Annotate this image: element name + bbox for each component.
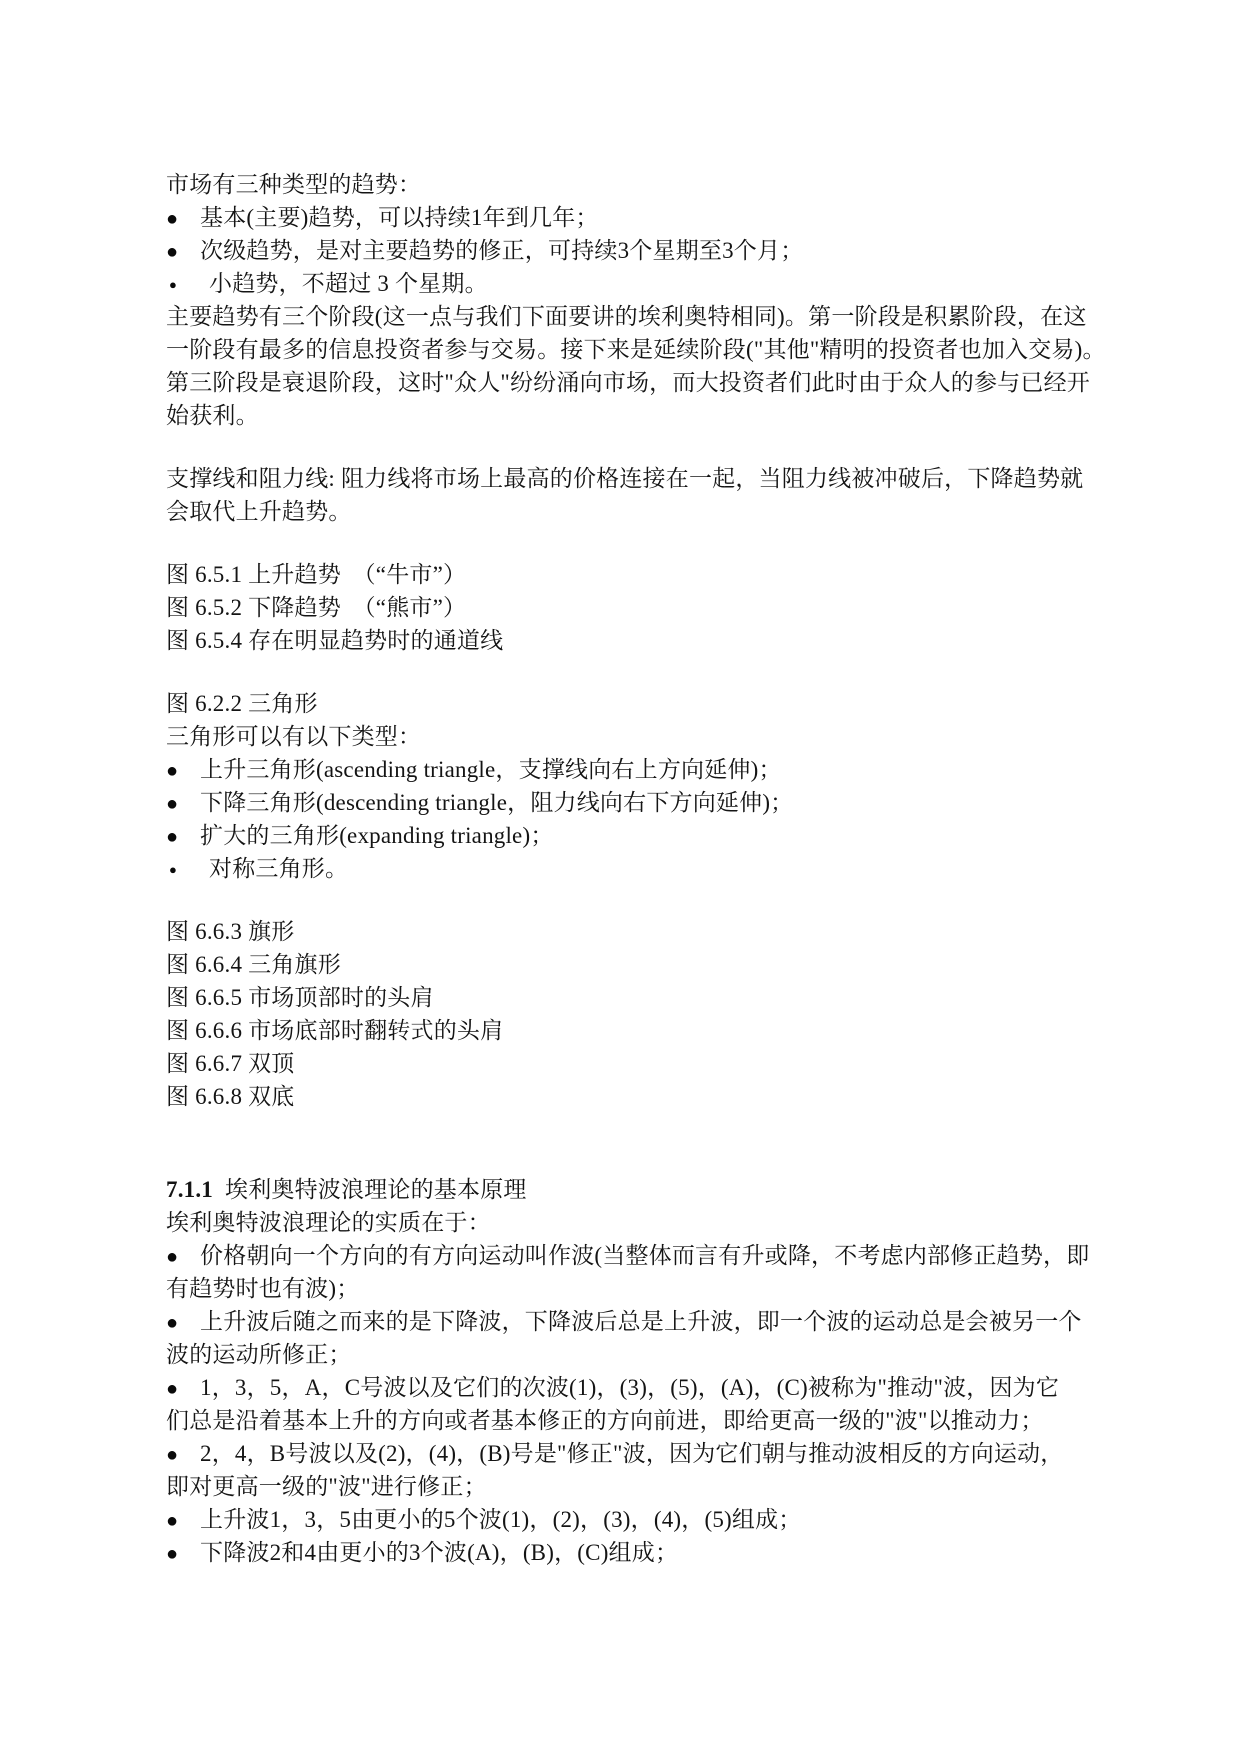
bullet-line: ●价格朝向一个方向的有方向运动叫作波(当整体而言有升或降，不考虑内部修正趋势，即 bbox=[166, 1239, 1086, 1272]
document-page: 市场有三种类型的趋势：●基本(主要)趋势，可以持续1年到几年；●次级趋势，是对主… bbox=[166, 168, 1086, 1569]
line-text: 上升波后随之而来的是下降波，下降波后总是上升波，即一个波的运动总是会被另一个 bbox=[200, 1309, 1082, 1334]
line-text: 始获利。 bbox=[166, 403, 259, 428]
bullet-icon: ● bbox=[166, 203, 200, 236]
line-text: 扩大的三角形(expanding triangle)； bbox=[200, 823, 554, 848]
line-text: 会取代上升趋势。 bbox=[166, 499, 352, 524]
line-text: 图 6.2.2 三角形 bbox=[166, 691, 318, 716]
blank-line bbox=[166, 885, 1086, 915]
text-line: 一阶段有最多的信息投资者参与交易。接下来是延续阶段("其他"精明的投资者也加入交… bbox=[166, 333, 1086, 366]
bullet-icon: ● bbox=[166, 268, 209, 301]
bullet-line: ●下降三角形(descending triangle，阻力线向右下方向延伸)； bbox=[166, 786, 1086, 819]
bullet-icon: ● bbox=[166, 853, 209, 886]
bullet-icon: ● bbox=[166, 1241, 200, 1274]
line-text: 图 6.5.2 下降趋势 （“熊市”） bbox=[166, 595, 466, 620]
bullet-line: ●基本(主要)趋势，可以持续1年到几年； bbox=[166, 201, 1086, 234]
line-text: 图 6.6.4 三角旗形 bbox=[166, 952, 341, 977]
bullet-line: ●2，4，B号波以及(2)，(4)，(B)号是"修正"波，因为它们朝与推动波相反… bbox=[166, 1437, 1086, 1470]
text-line: 三角形可以有以下类型： bbox=[166, 720, 1086, 753]
line-text: 图 6.5.4 存在明显趋势时的通道线 bbox=[166, 628, 503, 653]
line-text: 下降三角形(descending triangle，阻力线向右下方向延伸)； bbox=[200, 790, 793, 815]
heading-number: 7.1.1 bbox=[166, 1177, 213, 1202]
line-text: 主要趋势有三个阶段(这一点与我们下面要讲的埃利奥特相同)。第一阶段是积累阶段，在… bbox=[166, 304, 1087, 329]
bullet-line: ●下降波2和4由更小的3个波(A)，(B)，(C)组成； bbox=[166, 1536, 1086, 1569]
line-text: 图 6.6.6 市场底部时翻转式的头肩 bbox=[166, 1018, 503, 1043]
bullet-line: ●上升三角形(ascending triangle，支撑线向右上方向延伸)； bbox=[166, 753, 1086, 786]
figure-caption: 图 6.5.1 上升趋势 （“牛市”） bbox=[166, 558, 1086, 591]
figure-caption: 图 6.5.4 存在明显趋势时的通道线 bbox=[166, 624, 1086, 657]
line-text: 次级趋势，是对主要趋势的修正，可持续3个星期至3个月； bbox=[200, 238, 803, 263]
line-text: 2，4，B号波以及(2)，(4)，(B)号是"修正"波，因为它们朝与推动波相反的… bbox=[200, 1441, 1063, 1466]
bullet-icon: ● bbox=[166, 788, 200, 821]
line-text: 波的运动所修正； bbox=[166, 1342, 352, 1367]
bullet-icon: ● bbox=[166, 1307, 200, 1340]
line-text: 图 6.6.7 双顶 bbox=[166, 1051, 295, 1076]
bullet-icon: ● bbox=[166, 755, 200, 788]
text-line: 主要趋势有三个阶段(这一点与我们下面要讲的埃利奥特相同)。第一阶段是积累阶段，在… bbox=[166, 300, 1086, 333]
line-text: 市场有三种类型的趋势： bbox=[166, 172, 421, 197]
text-line: 有趋势时也有波)； bbox=[166, 1272, 1086, 1305]
line-text: 上升三角形(ascending triangle，支撑线向右上方向延伸)； bbox=[200, 757, 782, 782]
bullet-icon: ● bbox=[166, 1439, 200, 1472]
line-text: 埃利奥特波浪理论的实质在于： bbox=[166, 1210, 491, 1235]
line-text: 上升波1，3，5由更小的5个波(1)，(2)，(3)，(4)，(5)组成； bbox=[200, 1507, 802, 1532]
figure-caption: 图 6.2.2 三角形 bbox=[166, 687, 1086, 720]
line-text: 埃利奥特波浪理论的基本原理 bbox=[225, 1177, 527, 1202]
text-line: 第三阶段是衰退阶段，这时"众人"纷纷涌向市场，而大投资者们此时由于众人的参与已经… bbox=[166, 366, 1086, 399]
bullet-icon: ● bbox=[166, 821, 200, 854]
bullet-line: ●扩大的三角形(expanding triangle)； bbox=[166, 819, 1086, 852]
line-text: 对称三角形。 bbox=[209, 856, 348, 881]
line-text: 一阶段有最多的信息投资者参与交易。接下来是延续阶段("其他"精明的投资者也加入交… bbox=[166, 337, 1106, 362]
line-text: 即对更高一级的"波"进行修正； bbox=[166, 1474, 487, 1499]
figure-caption: 图 6.6.8 双底 bbox=[166, 1080, 1086, 1113]
line-text: 小趋势，不超过 3 个星期。 bbox=[209, 271, 488, 296]
figure-caption: 图 6.6.3 旗形 bbox=[166, 915, 1086, 948]
figure-caption: 图 6.6.4 三角旗形 bbox=[166, 948, 1086, 981]
line-text: 基本(主要)趋势，可以持续1年到几年； bbox=[200, 205, 599, 230]
blank-line bbox=[166, 1143, 1086, 1173]
bullet-icon: ● bbox=[166, 1505, 200, 1538]
line-text: 1，3，5，A，C号波以及它们的次波(1)，(3)，(5)，(A)，(C)被称为… bbox=[200, 1375, 1059, 1400]
bullet-line: ●上升波后随之而来的是下降波，下降波后总是上升波，即一个波的运动总是会被另一个 bbox=[166, 1305, 1086, 1338]
line-text: 图 6.6.8 双底 bbox=[166, 1084, 295, 1109]
bullet-icon: ● bbox=[166, 236, 200, 269]
section-heading: 7.1.1埃利奥特波浪理论的基本原理 bbox=[166, 1173, 1086, 1206]
figure-caption: 图 6.6.7 双顶 bbox=[166, 1047, 1086, 1080]
blank-line bbox=[166, 1113, 1086, 1143]
line-text: 支撑线和阻力线: 阻力线将市场上最高的价格连接在一起，当阻力线被冲破后，下降趋势… bbox=[166, 466, 1083, 491]
line-text: 图 6.6.3 旗形 bbox=[166, 919, 295, 944]
text-line: 支撑线和阻力线: 阻力线将市场上最高的价格连接在一起，当阻力线被冲破后，下降趋势… bbox=[166, 462, 1086, 495]
figure-caption: 图 6.6.6 市场底部时翻转式的头肩 bbox=[166, 1014, 1086, 1047]
line-text: 三角形可以有以下类型： bbox=[166, 724, 421, 749]
text-line: 埃利奥特波浪理论的实质在于： bbox=[166, 1206, 1086, 1239]
figure-caption: 图 6.5.2 下降趋势 （“熊市”） bbox=[166, 591, 1086, 624]
figure-caption: 图 6.6.5 市场顶部时的头肩 bbox=[166, 981, 1086, 1014]
text-line: 即对更高一级的"波"进行修正； bbox=[166, 1470, 1086, 1503]
blank-line bbox=[166, 657, 1086, 687]
text-line: 们总是沿着基本上升的方向或者基本修正的方向前进，即给更高一级的"波"以推动力； bbox=[166, 1404, 1086, 1437]
text-line: 波的运动所修正； bbox=[166, 1338, 1086, 1371]
bullet-line: ●上升波1，3，5由更小的5个波(1)，(2)，(3)，(4)，(5)组成； bbox=[166, 1503, 1086, 1536]
bullet-icon: ● bbox=[166, 1373, 200, 1406]
blank-line bbox=[166, 528, 1086, 558]
bullet-line: ●1，3，5，A，C号波以及它们的次波(1)，(3)，(5)，(A)，(C)被称… bbox=[166, 1371, 1086, 1404]
line-text: 们总是沿着基本上升的方向或者基本修正的方向前进，即给更高一级的"波"以推动力； bbox=[166, 1408, 1044, 1433]
bullet-icon: ● bbox=[166, 1538, 200, 1571]
text-line: 会取代上升趋势。 bbox=[166, 495, 1086, 528]
line-text: 第三阶段是衰退阶段，这时"众人"纷纷涌向市场，而大投资者们此时由于众人的参与已经… bbox=[166, 370, 1090, 395]
blank-line bbox=[166, 432, 1086, 462]
line-text: 有趋势时也有波)； bbox=[166, 1276, 359, 1301]
line-text: 价格朝向一个方向的有方向运动叫作波(当整体而言有升或降，不考虑内部修正趋势，即 bbox=[200, 1243, 1089, 1268]
line-text: 图 6.5.1 上升趋势 （“牛市”） bbox=[166, 562, 466, 587]
text-line: 始获利。 bbox=[166, 399, 1086, 432]
line-text: 图 6.6.5 市场顶部时的头肩 bbox=[166, 985, 434, 1010]
line-text: 下降波2和4由更小的3个波(A)，(B)，(C)组成； bbox=[200, 1540, 678, 1565]
bullet-line: ●小趋势，不超过 3 个星期。 bbox=[166, 267, 1086, 300]
text-line: 市场有三种类型的趋势： bbox=[166, 168, 1086, 201]
bullet-line: ●次级趋势，是对主要趋势的修正，可持续3个星期至3个月； bbox=[166, 234, 1086, 267]
bullet-line: ●对称三角形。 bbox=[166, 852, 1086, 885]
